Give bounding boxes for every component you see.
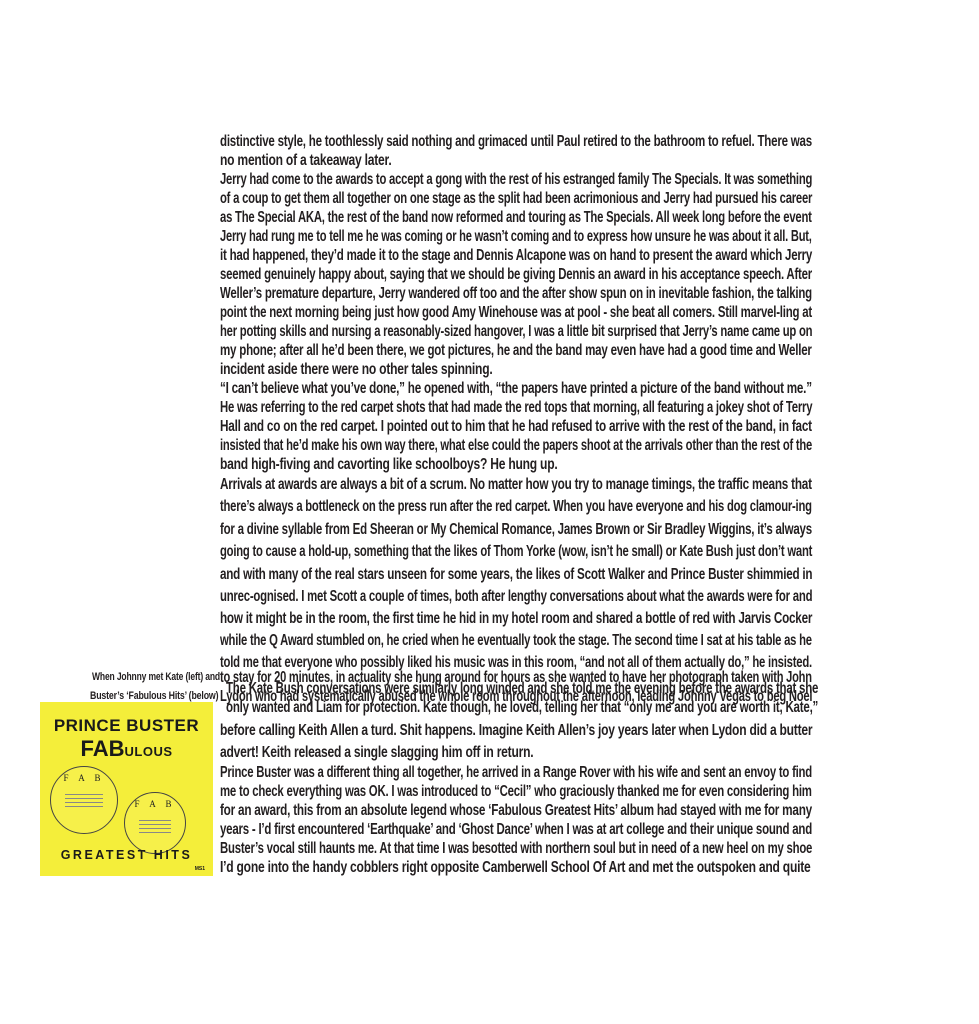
article-line: only wanted and Liam for protection. Kat… <box>226 699 818 717</box>
article-line: while the Q Award stumbled on, he cried … <box>220 632 812 650</box>
album-artist: PRINCE BUSTER <box>40 716 213 736</box>
article-line: there’s always a bottleneck on the press… <box>220 498 812 516</box>
image-caption-line-2: Buster’s ‘Fabulous Hits’ (below) <box>90 690 218 702</box>
album-cover-image: PRINCE BUSTER FABULOUS F A B F A B GREAT… <box>40 702 213 876</box>
article-line: distinctive style, he toothlessly said n… <box>220 133 812 151</box>
album-title: FABULOUS <box>40 736 213 762</box>
article-line: Buster’s vocal still haunts me. At that … <box>220 840 812 858</box>
article-line: Jerry had rung me to tell me he was comi… <box>220 228 812 246</box>
article-line: seemed genuinely happy about, saying tha… <box>220 266 812 284</box>
article-line: my phone; after all he’d been there, we … <box>220 342 812 360</box>
article-line: Jerry had come to the awards to accept a… <box>220 171 812 189</box>
article-line: incident aside there were no other tales… <box>220 361 492 379</box>
article-line: band high-fiving and cavorting like scho… <box>220 456 557 474</box>
record-label-icon-1: F A B <box>50 766 118 834</box>
record-label-icon-2: F A B <box>124 792 186 854</box>
article-line: it had happened, they’d made it to the s… <box>220 247 812 265</box>
article-line: point the next morning being just how go… <box>220 304 812 322</box>
album-subtitle: GREATEST HITS <box>40 848 213 862</box>
article-line: Prince Buster was a different thing all … <box>220 764 812 782</box>
article-line: for an award, this from an absolute lege… <box>220 802 812 820</box>
article-line: for a divine syllable from Ed Sheeran or… <box>220 521 812 539</box>
article-line: insisted that he’d make his own way ther… <box>220 437 812 455</box>
article-line: me to check everything was OK. I was int… <box>220 783 812 801</box>
article-line: unrec-ognised. I met Scott a couple of t… <box>220 588 812 606</box>
article-line: I’d gone into the handy cobblers right o… <box>220 859 811 877</box>
article-line: Arrivals at awards are always a bit of a… <box>220 476 812 494</box>
article-line: Weller’s premature departure, Jerry wand… <box>220 285 812 303</box>
article-line: advert! Keith released a single slagging… <box>220 744 533 762</box>
article-line: of a coup to get them all together on on… <box>220 190 812 208</box>
article-line: as The Special AKA, the rest of the band… <box>220 209 812 227</box>
article-line: “I can’t believe what you’ve done,” he o… <box>220 380 812 398</box>
article-line: years - I’d first encountered ‘Earthquak… <box>220 821 812 839</box>
article-line: Hall and co on the red carpet. I pointed… <box>220 418 812 436</box>
article-line: and with many of the real stars unseen f… <box>220 566 812 584</box>
article-line: no mention of a takeaway later. <box>220 152 391 170</box>
article-line: going to cause a hold-up, something that… <box>220 543 812 561</box>
image-caption-line-1: When Johnny met Kate (left) and <box>92 671 220 683</box>
article-line: He was referring to the red carpet shots… <box>220 399 812 417</box>
article-line: how it might be in the room, the first t… <box>220 610 812 628</box>
article-line: before calling Keith Allen a turd. Shit … <box>220 722 812 740</box>
catalog-number: MS1 <box>195 866 205 872</box>
article-line: her potting skills and nursing a reasona… <box>220 323 812 341</box>
